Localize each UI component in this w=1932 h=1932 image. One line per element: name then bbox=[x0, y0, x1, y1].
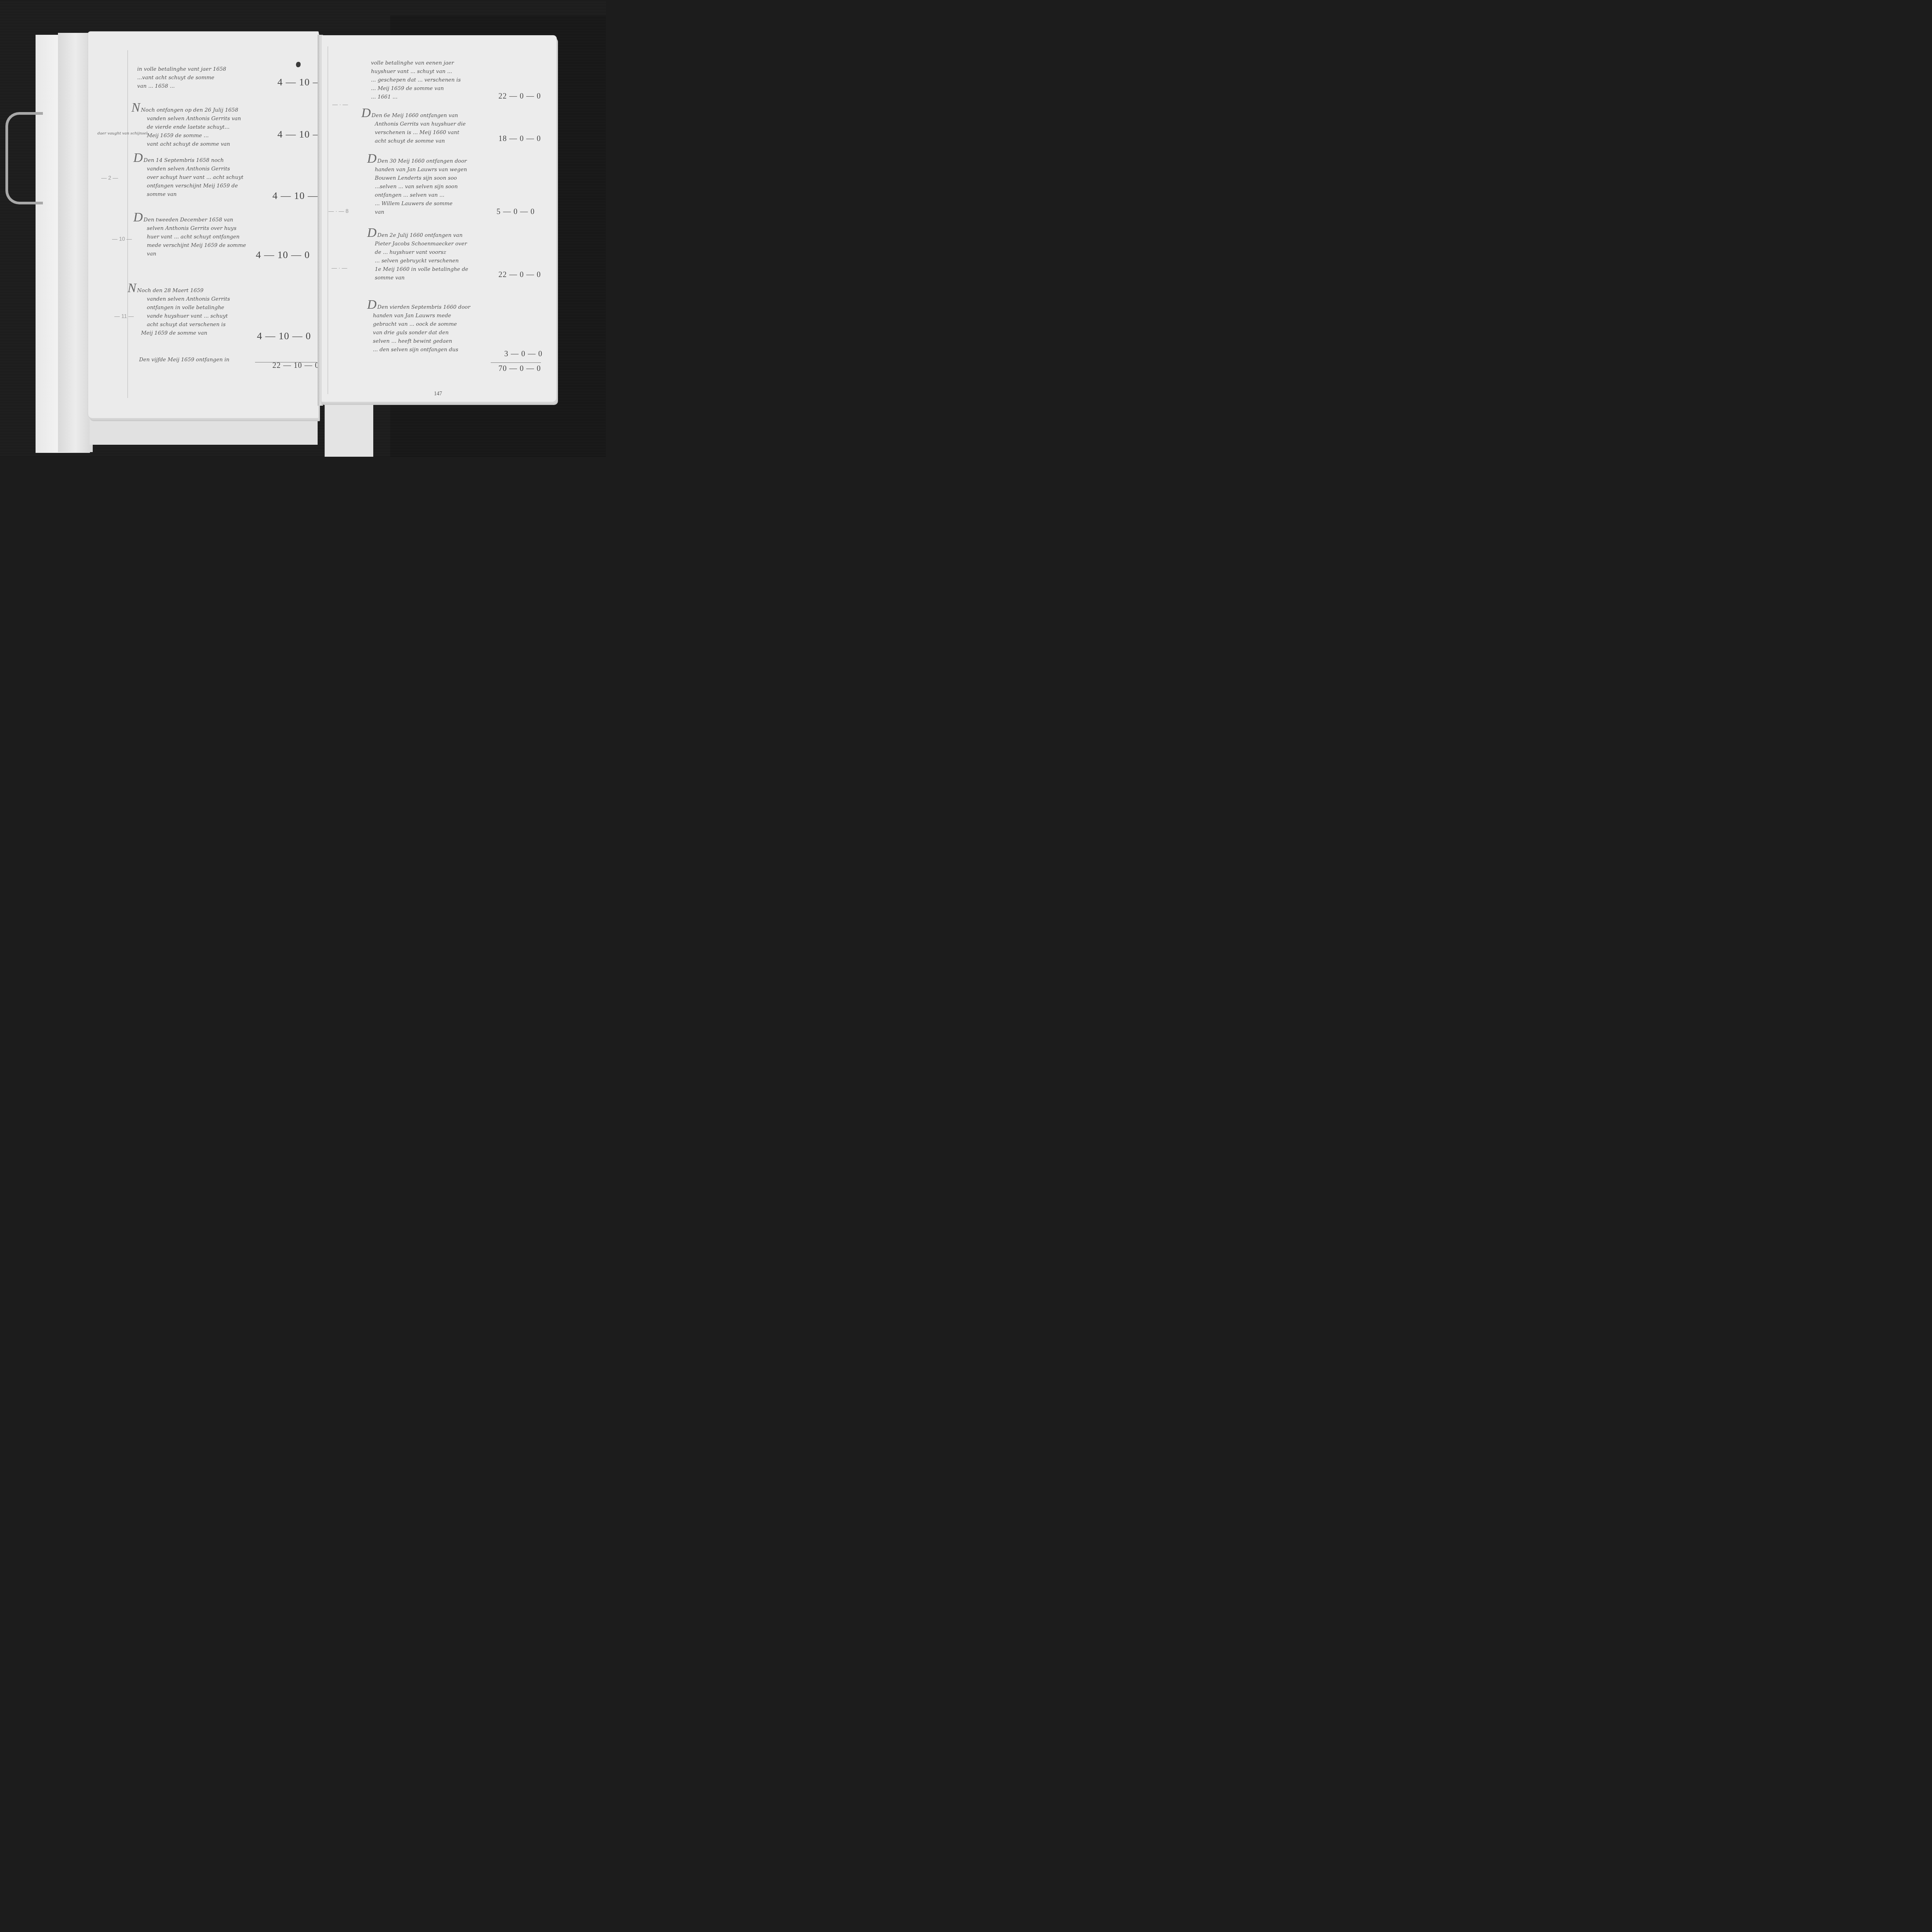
entry-line: ... selven gebruyckt verschenen bbox=[367, 257, 468, 265]
entry-line: Den vijfde Meij 1659 ontfangen in bbox=[139, 355, 230, 364]
decorated-initial: D bbox=[133, 151, 143, 165]
left-entry-2: NNoch ontfangen op den 26 Julij 1658 van… bbox=[131, 104, 241, 148]
decorated-initial: D bbox=[367, 151, 377, 166]
ink-blot bbox=[296, 62, 301, 67]
page-stack-bottom-left bbox=[90, 417, 318, 445]
left-margin-dash: — 2 — bbox=[101, 175, 118, 181]
entry-line: DDen vierden Septembris 1660 door bbox=[367, 301, 470, 311]
entry-line: ... Willem Lauwers de somme bbox=[367, 199, 467, 208]
entry-line: van drie guls sonder dat den bbox=[367, 328, 470, 337]
entry-line: handen van Jan Lauwrs van wegen bbox=[367, 165, 467, 174]
decorated-initial: D bbox=[367, 298, 377, 312]
right-entry-5: DDen vierden Septembris 1660 door handen… bbox=[367, 301, 470, 354]
left-entry-3: DDen 14 Septembris 1658 noch vanden selv… bbox=[133, 154, 243, 199]
entry-line: ontfangen in volle betalinghe bbox=[128, 303, 230, 312]
right-entry-2-amount: 18 — 0 — 0 bbox=[498, 134, 541, 143]
right-entry-1: volle betalinghe van eenen jaer huyshuer… bbox=[371, 59, 461, 101]
entry-line: Meij 1659 de somme ... bbox=[131, 131, 241, 140]
left-entry-5-amount: 4 — 10 — 0 bbox=[257, 330, 311, 342]
entry-line: DDen tweeden December 1658 van bbox=[133, 213, 246, 224]
entry-line: in volle betalinghe vant jaer 1658 bbox=[137, 65, 226, 73]
entry-line: verschenen is ... Meij 1660 vant bbox=[361, 128, 466, 137]
entry-line: huer vant ... acht schuyt ontfangen bbox=[133, 233, 246, 241]
left-entry-1: in volle betalinghe vant jaer 1658 ...va… bbox=[137, 65, 226, 90]
entry-line: ...vant acht schuyt de somme bbox=[137, 73, 226, 82]
entry-line: ... den selven sijn ontfangen dus bbox=[367, 345, 470, 354]
entry-line: DDen 6e Meij 1660 ontfangen van bbox=[361, 109, 466, 120]
entry-line: ... Meij 1659 de somme van bbox=[371, 84, 461, 93]
folio-number: 147 bbox=[434, 391, 442, 397]
entry-line: vande huyshuer vant ... schuyt bbox=[128, 312, 230, 320]
left-entry-6: Den vijfde Meij 1659 ontfangen in bbox=[139, 355, 230, 364]
entry-line: Anthonis Gerrits van huyshuer die bbox=[361, 120, 466, 128]
entry-line: huyshuer vant ... schuyt van ... bbox=[371, 67, 461, 76]
entry-line: ontfangen ... selven van ... bbox=[367, 191, 467, 199]
right-entry-4: DDen 2e Julij 1660 ontfangen van Pieter … bbox=[367, 229, 468, 282]
page-stack-left-edge bbox=[58, 33, 93, 452]
entry-line: volle betalinghe van eenen jaer bbox=[371, 59, 461, 67]
entry-line: van bbox=[367, 208, 467, 216]
entry-line: ontfangen verschijnt Meij 1659 de bbox=[133, 182, 243, 190]
entry-line: ... 1661 ... bbox=[371, 93, 461, 101]
entry-line: somme van bbox=[367, 274, 468, 282]
entry-line: DDen 30 Meij 1660 ontfangen door bbox=[367, 155, 467, 165]
entry-line: over schuyt huer vant ... acht schuyt bbox=[133, 173, 243, 182]
entry-line: ...selven ... van selven sijn soon bbox=[367, 182, 467, 191]
entry-line: van ... 1658 ... bbox=[137, 82, 226, 90]
decorated-initial: N bbox=[131, 100, 140, 115]
right-margin-dash: — · — 8 bbox=[328, 208, 349, 214]
page-stack-bottom-right bbox=[325, 399, 373, 457]
right-entry-5-amount: 3 — 0 — 0 bbox=[504, 350, 543, 359]
left-entry-4: DDen tweeden December 1658 van selven An… bbox=[133, 213, 246, 258]
entry-line: vanden selven Anthonis Gerrits bbox=[133, 165, 243, 173]
entry-line: ... geschepen dat ... verschenen is bbox=[371, 76, 461, 84]
decorated-initial: N bbox=[128, 281, 136, 295]
entry-line: vanden selven Anthonis Gerrits bbox=[128, 295, 230, 303]
decorated-initial: D bbox=[367, 226, 377, 240]
entry-line: 1e Meij 1660 in volle betalinghe de bbox=[367, 265, 468, 274]
entry-line: de vierde ende laetste schuyt... bbox=[131, 123, 241, 131]
entry-line: DDen 2e Julij 1660 ontfangen van bbox=[367, 229, 468, 240]
entry-line: selven Anthonis Gerrits over huys bbox=[133, 224, 246, 233]
ribbon-bookmark bbox=[5, 112, 43, 204]
right-entry-3: DDen 30 Meij 1660 ontfangen door handen … bbox=[367, 155, 467, 216]
decorated-initial: D bbox=[361, 106, 371, 120]
entry-line: Bouwen Lenderts sijn soon soo bbox=[367, 174, 467, 182]
left-page-total: 22 — 10 — 0 bbox=[272, 361, 319, 370]
entry-line: van bbox=[133, 250, 246, 258]
left-page-margin-rule bbox=[128, 50, 128, 398]
left-entry-5: NNoch den 28 Maert 1659 vanden selven An… bbox=[128, 284, 230, 337]
entry-line: selven ... heeft bewint gedaen bbox=[367, 337, 470, 345]
entry-line: acht schuyt de somme van bbox=[361, 137, 466, 145]
right-page-margin-rule bbox=[328, 46, 328, 394]
left-margin-dash: — 10 — bbox=[112, 236, 132, 242]
entry-line: gebracht van ... oock de somme bbox=[367, 320, 470, 328]
entry-line: somme van bbox=[133, 190, 243, 199]
left-margin-note: daer vaught van schijnsel bbox=[97, 131, 148, 136]
right-entry-2: DDen 6e Meij 1660 ontfangen van Anthonis… bbox=[361, 109, 466, 145]
right-total-rule bbox=[491, 362, 541, 363]
entry-line: Meij 1659 de somme van bbox=[128, 329, 230, 337]
entry-line: handen van Jan Lauwrs mede bbox=[367, 311, 470, 320]
entry-line: mede verschijnt Meij 1659 de somme bbox=[133, 241, 246, 250]
right-page-total: 70 — 0 — 0 bbox=[498, 364, 541, 373]
entry-line: vanden selven Anthonis Gerrits van bbox=[131, 114, 241, 123]
right-entry-4-amount: 22 — 0 — 0 bbox=[498, 270, 541, 279]
right-entry-1-amount: 22 — 0 — 0 bbox=[498, 92, 541, 101]
right-margin-dash: — · — bbox=[332, 101, 348, 107]
entry-line: DDen 14 Septembris 1658 noch bbox=[133, 154, 243, 165]
entry-line: NNoch den 28 Maert 1659 bbox=[128, 284, 230, 295]
entry-line: acht schuyt dat verschenen is bbox=[128, 320, 230, 329]
entry-line: vant acht schuyt de somme van bbox=[131, 140, 241, 148]
decorated-initial: D bbox=[133, 210, 143, 224]
left-entry-4-amount: 4 — 10 — 0 bbox=[256, 249, 310, 261]
left-margin-dash: — 11 — bbox=[114, 313, 134, 319]
right-entry-3-amount: 5 — 0 — 0 bbox=[497, 207, 535, 216]
entry-line: Pieter Jacobs Schoenmaecker over bbox=[367, 240, 468, 248]
right-margin-dash: — · — bbox=[332, 265, 347, 271]
entry-line: NNoch ontfangen op den 26 Julij 1658 bbox=[131, 104, 241, 114]
entry-line: de ... huyshuer vant voorsz bbox=[367, 248, 468, 257]
